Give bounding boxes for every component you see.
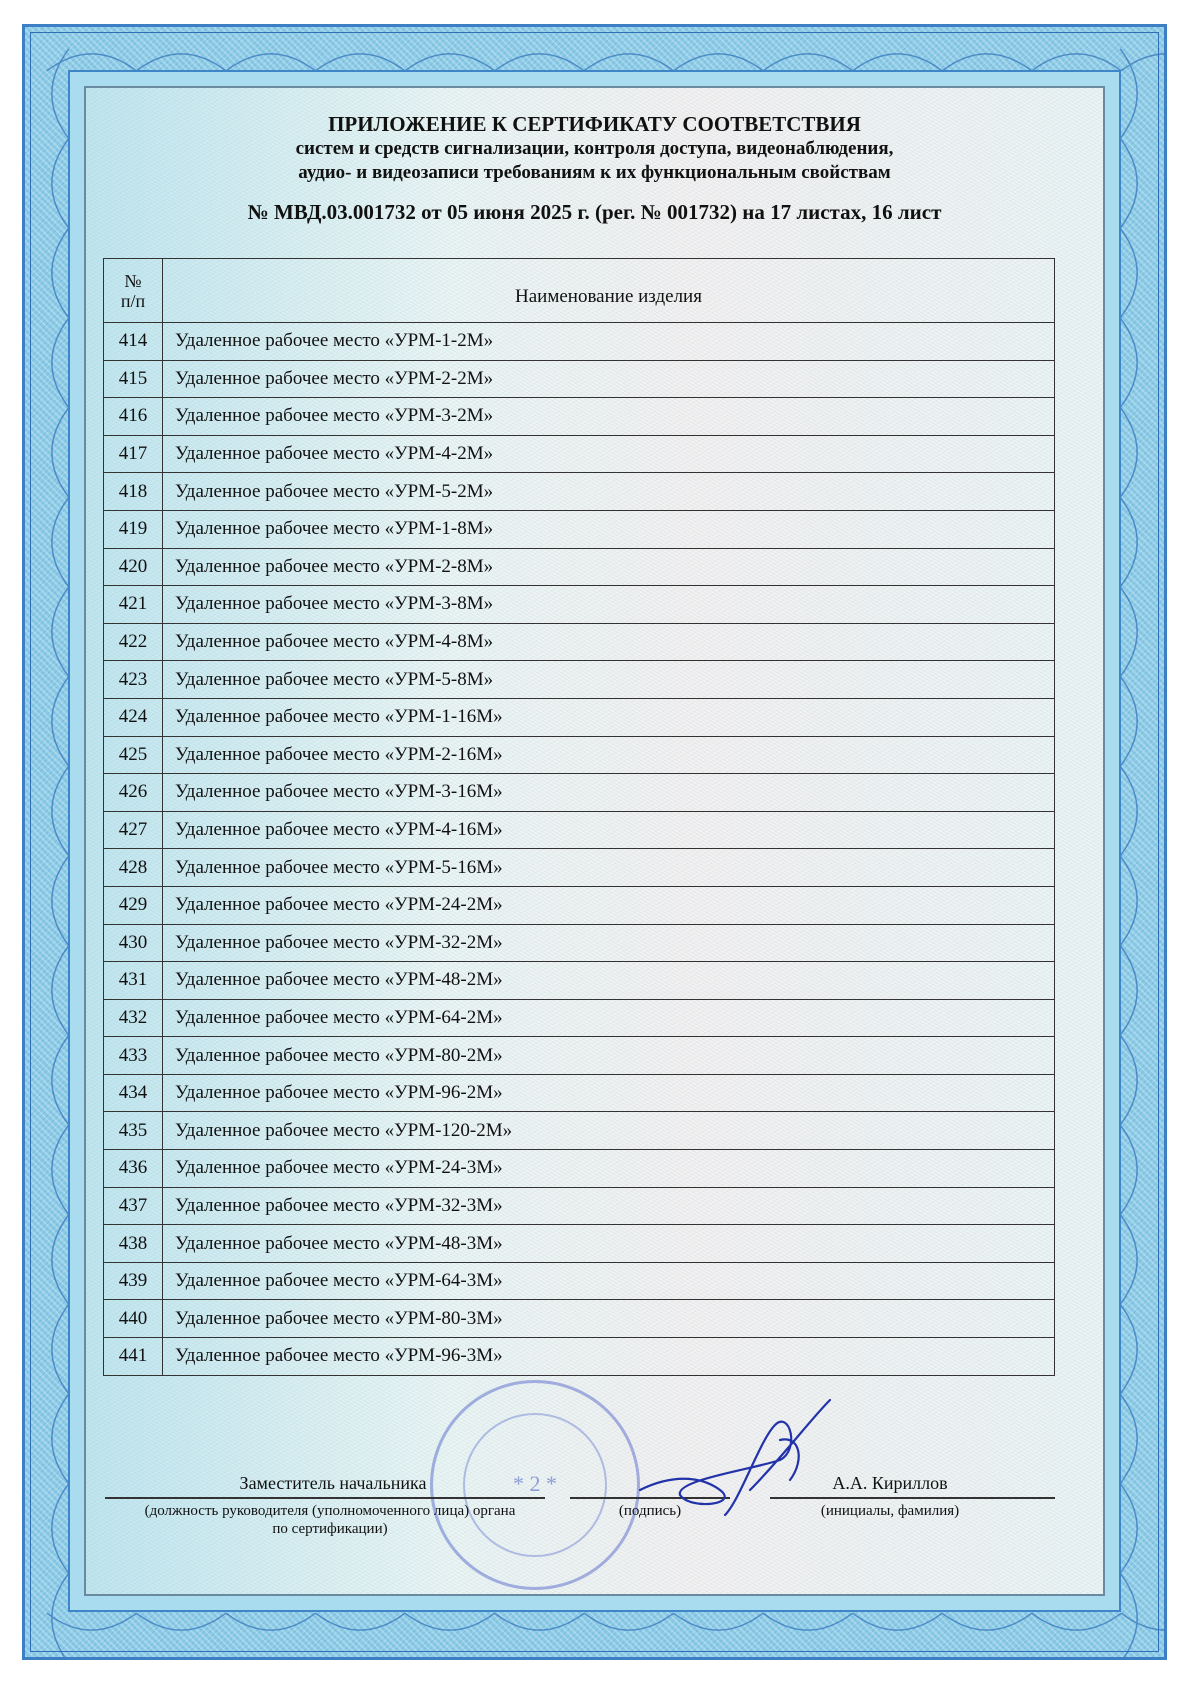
position-caption-line2: по сертификации)	[105, 1521, 555, 1538]
products-table: № п/п Наименование изделия 414Удаленное …	[103, 258, 1055, 1376]
row-number: 438	[104, 1225, 163, 1263]
product-name: Удаленное рабочее место «УРМ-5-16М»	[163, 849, 1055, 887]
row-number: 431	[104, 962, 163, 1000]
table-body: 414Удаленное рабочее место «УРМ-1-2М»415…	[104, 323, 1055, 1376]
row-number: 424	[104, 698, 163, 736]
table-row: 428Удаленное рабочее место «УРМ-5-16М»	[104, 849, 1055, 887]
table-row: 430Удаленное рабочее место «УРМ-32-2М»	[104, 924, 1055, 962]
table-row: 439Удаленное рабочее место «УРМ-64-3М»	[104, 1262, 1055, 1300]
product-name: Удаленное рабочее место «УРМ-96-2М»	[163, 1074, 1055, 1112]
name-underline	[770, 1497, 1055, 1499]
table-row: 438Удаленное рабочее место «УРМ-48-3М»	[104, 1225, 1055, 1263]
product-name: Удаленное рабочее место «УРМ-1-8М»	[163, 510, 1055, 548]
signatory-position: Заместитель начальника	[218, 1473, 448, 1494]
table-row: 424Удаленное рабочее место «УРМ-1-16М»	[104, 698, 1055, 736]
product-name: Удаленное рабочее место «УРМ-2-8М»	[163, 548, 1055, 586]
row-number: 434	[104, 1074, 163, 1112]
column-header-number: № п/п	[104, 259, 163, 323]
table-row: 420Удаленное рабочее место «УРМ-2-8М»	[104, 548, 1055, 586]
stamp-center-mark: * 2 *	[433, 1471, 637, 1497]
product-name: Удаленное рабочее место «УРМ-64-3М»	[163, 1262, 1055, 1300]
name-caption: (инициалы, фамилия)	[770, 1503, 1010, 1520]
table-row: 434Удаленное рабочее место «УРМ-96-2М»	[104, 1074, 1055, 1112]
table-header-row: № п/п Наименование изделия	[104, 259, 1055, 323]
table-row: 436Удаленное рабочее место «УРМ-24-3М»	[104, 1150, 1055, 1188]
table-row: 441Удаленное рабочее место «УРМ-96-3М»	[104, 1338, 1055, 1376]
column-header-number-line1: №	[105, 271, 161, 291]
row-number: 422	[104, 623, 163, 661]
column-header-name: Наименование изделия	[163, 259, 1055, 323]
product-name: Удаленное рабочее место «УРМ-120-2М»	[163, 1112, 1055, 1150]
table-row: 415Удаленное рабочее место «УРМ-2-2М»	[104, 360, 1055, 398]
table-row: 414Удаленное рабочее место «УРМ-1-2М»	[104, 323, 1055, 361]
product-name: Удаленное рабочее место «УРМ-2-16М»	[163, 736, 1055, 774]
row-number: 416	[104, 398, 163, 436]
position-caption-line1: (должность руководителя (уполномоченного…	[105, 1503, 555, 1520]
product-name: Удаленное рабочее место «УРМ-3-16М»	[163, 774, 1055, 812]
row-number: 425	[104, 736, 163, 774]
product-name: Удаленное рабочее место «УРМ-32-3М»	[163, 1187, 1055, 1225]
row-number: 427	[104, 811, 163, 849]
column-header-number-line2: п/п	[105, 291, 161, 311]
position-underline	[105, 1497, 545, 1499]
row-number: 440	[104, 1300, 163, 1338]
signatory-name: А.А. Кириллов	[790, 1473, 990, 1494]
product-name: Удаленное рабочее место «УРМ-4-16М»	[163, 811, 1055, 849]
certificate-number-line: № МВД.03.001732 от 05 июня 2025 г. (рег.…	[0, 200, 1189, 225]
product-name: Удаленное рабочее место «УРМ-80-2М»	[163, 1037, 1055, 1075]
product-name: Удаленное рабочее место «УРМ-1-2М»	[163, 323, 1055, 361]
table-row: 425Удаленное рабочее место «УРМ-2-16М»	[104, 736, 1055, 774]
product-name: Удаленное рабочее место «УРМ-96-3М»	[163, 1338, 1055, 1376]
product-name: Удаленное рабочее место «УРМ-80-3М»	[163, 1300, 1055, 1338]
table-row: 416Удаленное рабочее место «УРМ-3-2М»	[104, 398, 1055, 436]
product-name: Удаленное рабочее место «УРМ-24-2М»	[163, 886, 1055, 924]
row-number: 435	[104, 1112, 163, 1150]
table-row: 437Удаленное рабочее место «УРМ-32-3М»	[104, 1187, 1055, 1225]
row-number: 415	[104, 360, 163, 398]
product-name: Удаленное рабочее место «УРМ-48-2М»	[163, 962, 1055, 1000]
table-row: 440Удаленное рабочее место «УРМ-80-3М»	[104, 1300, 1055, 1338]
product-name: Удаленное рабочее место «УРМ-3-8М»	[163, 586, 1055, 624]
product-name: Удаленное рабочее место «УРМ-24-3М»	[163, 1150, 1055, 1188]
table-row: 422Удаленное рабочее место «УРМ-4-8М»	[104, 623, 1055, 661]
product-name: Удаленное рабочее место «УРМ-4-8М»	[163, 623, 1055, 661]
product-name: Удаленное рабочее место «УРМ-5-2М»	[163, 473, 1055, 511]
row-number: 429	[104, 886, 163, 924]
table-row: 423Удаленное рабочее место «УРМ-5-8М»	[104, 661, 1055, 699]
row-number: 423	[104, 661, 163, 699]
official-seal-stamp: * 2 *	[430, 1380, 640, 1590]
row-number: 433	[104, 1037, 163, 1075]
row-number: 437	[104, 1187, 163, 1225]
table-row: 435Удаленное рабочее место «УРМ-120-2М»	[104, 1112, 1055, 1150]
table-row: 419Удаленное рабочее место «УРМ-1-8М»	[104, 510, 1055, 548]
document-subtitle-line2: аудио- и видеозаписи требованиям к их фу…	[0, 162, 1189, 184]
product-name: Удаленное рабочее место «УРМ-4-2М»	[163, 435, 1055, 473]
handwritten-signature	[630, 1380, 850, 1520]
row-number: 439	[104, 1262, 163, 1300]
row-number: 441	[104, 1338, 163, 1376]
row-number: 428	[104, 849, 163, 887]
row-number: 426	[104, 774, 163, 812]
product-name: Удаленное рабочее место «УРМ-48-3М»	[163, 1225, 1055, 1263]
row-number: 420	[104, 548, 163, 586]
document-subtitle-line1: систем и средств сигнализации, контроля …	[0, 138, 1189, 160]
row-number: 430	[104, 924, 163, 962]
row-number: 417	[104, 435, 163, 473]
table-row: 433Удаленное рабочее место «УРМ-80-2М»	[104, 1037, 1055, 1075]
table-row: 429Удаленное рабочее место «УРМ-24-2М»	[104, 886, 1055, 924]
table-row: 431Удаленное рабочее место «УРМ-48-2М»	[104, 962, 1055, 1000]
row-number: 436	[104, 1150, 163, 1188]
product-name: Удаленное рабочее место «УРМ-2-2М»	[163, 360, 1055, 398]
row-number: 432	[104, 999, 163, 1037]
table-row: 432Удаленное рабочее место «УРМ-64-2М»	[104, 999, 1055, 1037]
product-name: Удаленное рабочее место «УРМ-64-2М»	[163, 999, 1055, 1037]
row-number: 421	[104, 586, 163, 624]
product-name: Удаленное рабочее место «УРМ-5-8М»	[163, 661, 1055, 699]
table-row: 426Удаленное рабочее место «УРМ-3-16М»	[104, 774, 1055, 812]
row-number: 414	[104, 323, 163, 361]
product-name: Удаленное рабочее место «УРМ-32-2М»	[163, 924, 1055, 962]
product-name: Удаленное рабочее место «УРМ-3-2М»	[163, 398, 1055, 436]
product-name: Удаленное рабочее место «УРМ-1-16М»	[163, 698, 1055, 736]
document-title: ПРИЛОЖЕНИЕ К СЕРТИФИКАТУ СООТВЕТСТВИЯ	[0, 112, 1189, 137]
table-row: 421Удаленное рабочее место «УРМ-3-8М»	[104, 586, 1055, 624]
table-row: 417Удаленное рабочее место «УРМ-4-2М»	[104, 435, 1055, 473]
table-row: 418Удаленное рабочее место «УРМ-5-2М»	[104, 473, 1055, 511]
row-number: 418	[104, 473, 163, 511]
table-row: 427Удаленное рабочее место «УРМ-4-16М»	[104, 811, 1055, 849]
row-number: 419	[104, 510, 163, 548]
